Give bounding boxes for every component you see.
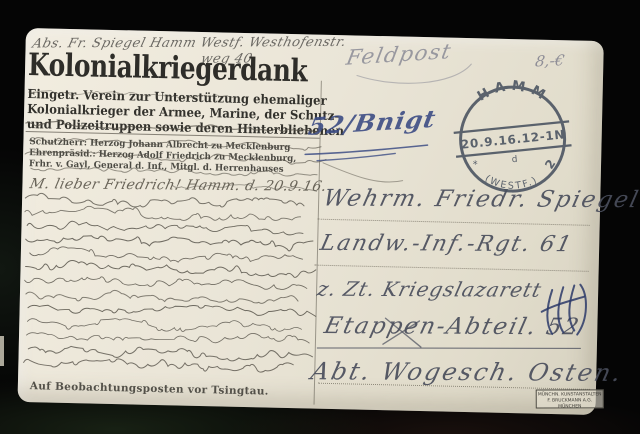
message-salutation: M. lieber Friedrich! Hamm. d. 20.9.16. <box>28 176 328 195</box>
postmark-date: 20.9.16.12-1N <box>460 127 565 151</box>
postmark-star: * <box>467 159 479 169</box>
printer-imprint-box: MÜNCHN. KUNSTANSTALTEN F. BRUCKMANN A.G.… <box>536 389 604 408</box>
feldpost-note: Feldpost <box>344 39 454 69</box>
postmark-banner-bottom-line <box>456 145 571 157</box>
photo-background: Abs. Fr. Spiegel Hamm Westf. Westhofenst… <box>0 0 640 434</box>
postmark-town: HAMM <box>474 77 553 106</box>
address-line3: z. Zt. Kriegslazarett <box>315 277 545 302</box>
address-dotted-line1 <box>318 219 590 226</box>
postmark-town-text: HAMM <box>474 77 553 106</box>
postmark-number: 2 <box>542 157 559 172</box>
postmark-letter: d <box>511 155 518 166</box>
postcard: Abs. Fr. Spiegel Hamm Westf. Westhofenst… <box>18 28 604 415</box>
association-title: Kolonialkriegerdank <box>28 50 308 87</box>
address-line2: Landw.-Inf.-Rgt. 61 <box>318 231 576 257</box>
address-line4: Etappen-Abteil. 52 <box>322 313 583 340</box>
address-dotted-line2 <box>315 265 589 272</box>
address-line1: Wehrm. Friedr. Spiegel <box>321 186 640 214</box>
address-line5: Abt. Wogesch. Osten. <box>308 357 626 387</box>
price-note: 8,-€ <box>534 51 566 70</box>
address-underline-line4 <box>317 347 581 348</box>
postmark-banner-top-line <box>454 121 569 133</box>
postmark-ring <box>459 86 565 192</box>
printer-imprint-line1: MÜNCHN. KUNSTANSTALTEN <box>537 392 603 398</box>
scan-edge-sliver <box>0 336 4 366</box>
postmark-star-text: * <box>467 159 479 169</box>
postmark-number-text: 2 <box>542 157 559 172</box>
handwriting-scribbles <box>18 28 604 415</box>
caption-title: Auf Beobachtungsposten vor Tsingtau. <box>30 380 269 397</box>
printer-imprint-line2: F. BRUCKMANN A.G. MÜNCHEN <box>537 398 603 408</box>
